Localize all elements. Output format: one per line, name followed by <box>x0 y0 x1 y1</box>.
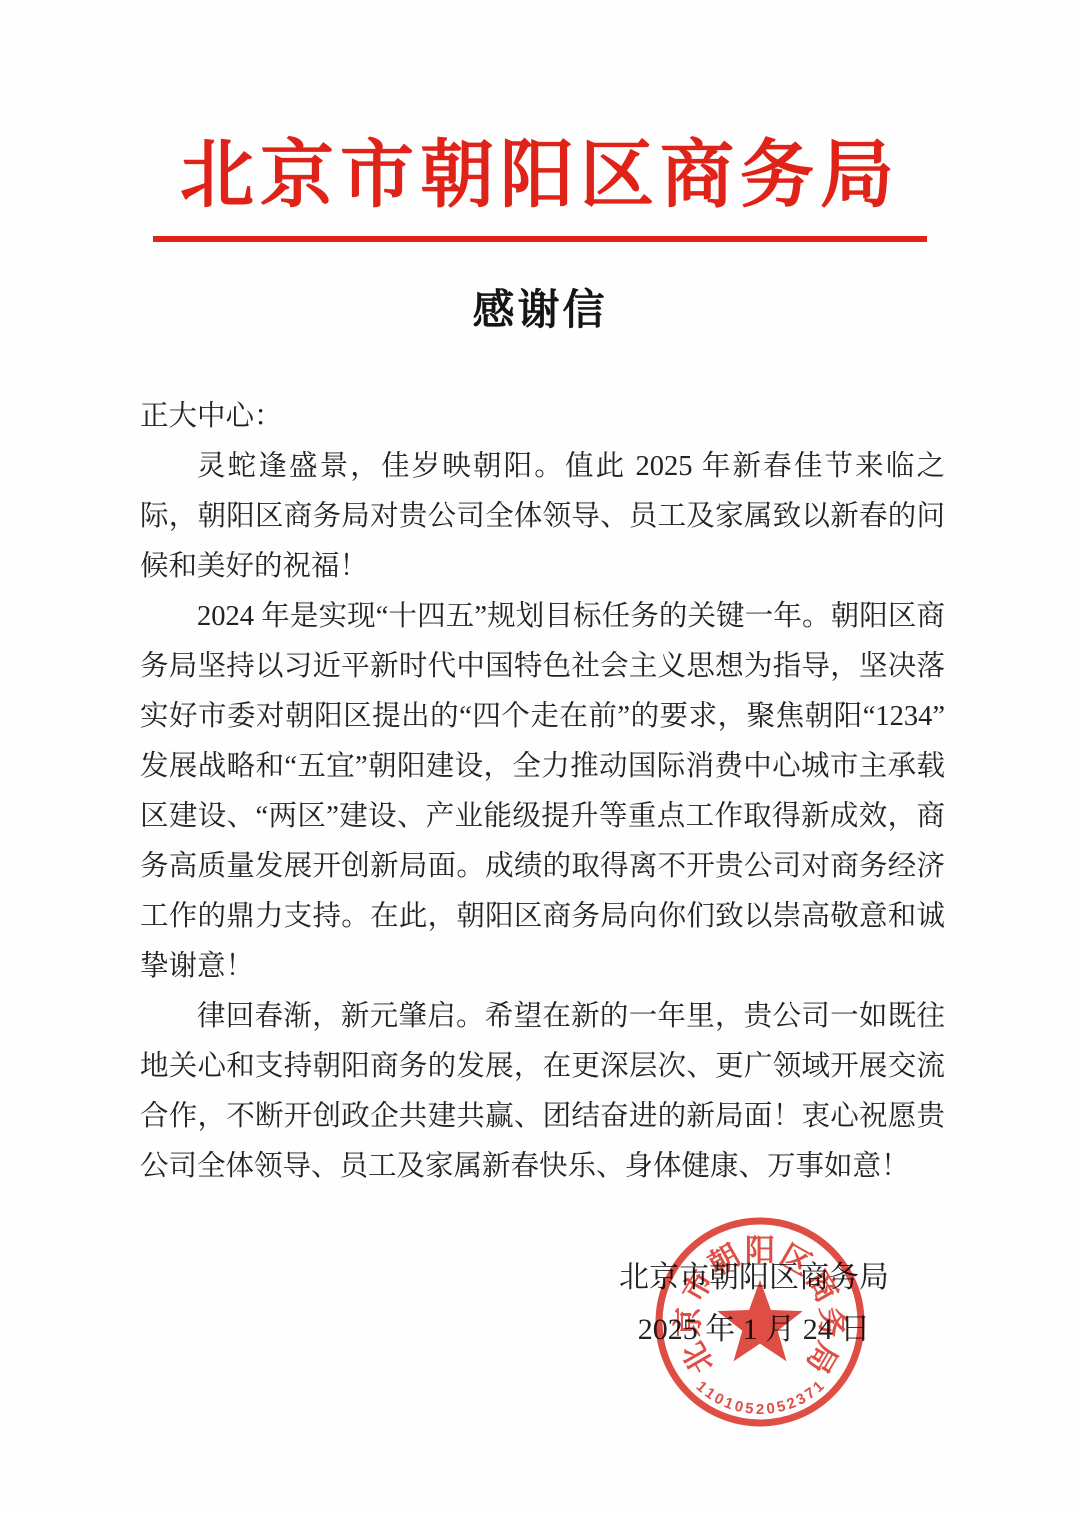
svg-text:1: 1 <box>722 1394 736 1413</box>
svg-text:7: 7 <box>802 1384 819 1403</box>
letter-page: 北京市朝阳区商务局 感谢信 正大中心： 灵蛇逢盛景，佳岁映朝阳。值此 2025 … <box>0 0 1080 1514</box>
svg-text:0: 0 <box>711 1390 726 1409</box>
paragraph-2: 2024 年是实现“十四五”规划目标任务的关键一年。朝阳区商务局坚持以习近平新时… <box>140 592 945 992</box>
letter-body: 正大中心： 灵蛇逢盛景，佳岁映朝阳。值此 2025 年新春佳节来临之际，朝阳区商… <box>140 392 945 1192</box>
salutation: 正大中心： <box>140 392 945 442</box>
svg-text:0: 0 <box>765 1400 775 1418</box>
svg-text:1: 1 <box>810 1378 828 1396</box>
svg-text:5: 5 <box>744 1400 754 1418</box>
paragraph-3: 律回春渐，新元肇启。希望在新的一年里，贵公司一如既往地关心和支持朝阳商务的发展，… <box>140 992 945 1192</box>
svg-text:2: 2 <box>756 1401 764 1418</box>
signature-date: 2025 年 1 月 24 日 <box>618 1304 890 1356</box>
letter-title: 感谢信 <box>0 286 1080 336</box>
signature-org-name: 北京市朝阳区商务局 <box>618 1252 890 1304</box>
svg-text:1: 1 <box>702 1384 719 1403</box>
org-header-title: 北京市朝阳区商务局 <box>0 0 1080 219</box>
paragraph-1: 灵蛇逢盛景，佳岁映朝阳。值此 2025 年新春佳节来临之际，朝阳区商务局对贵公司… <box>140 442 945 592</box>
svg-text:3: 3 <box>793 1390 808 1409</box>
header-divider-line <box>153 236 927 242</box>
svg-text:1: 1 <box>693 1378 711 1396</box>
signature-block: 北京市朝阳区商务局 2025 年 1 月 24 日 <box>618 1252 890 1356</box>
svg-text:2: 2 <box>784 1394 798 1413</box>
svg-text:0: 0 <box>733 1398 745 1417</box>
seal-number: 1101052052371 <box>693 1378 828 1418</box>
svg-text:5: 5 <box>775 1398 787 1417</box>
